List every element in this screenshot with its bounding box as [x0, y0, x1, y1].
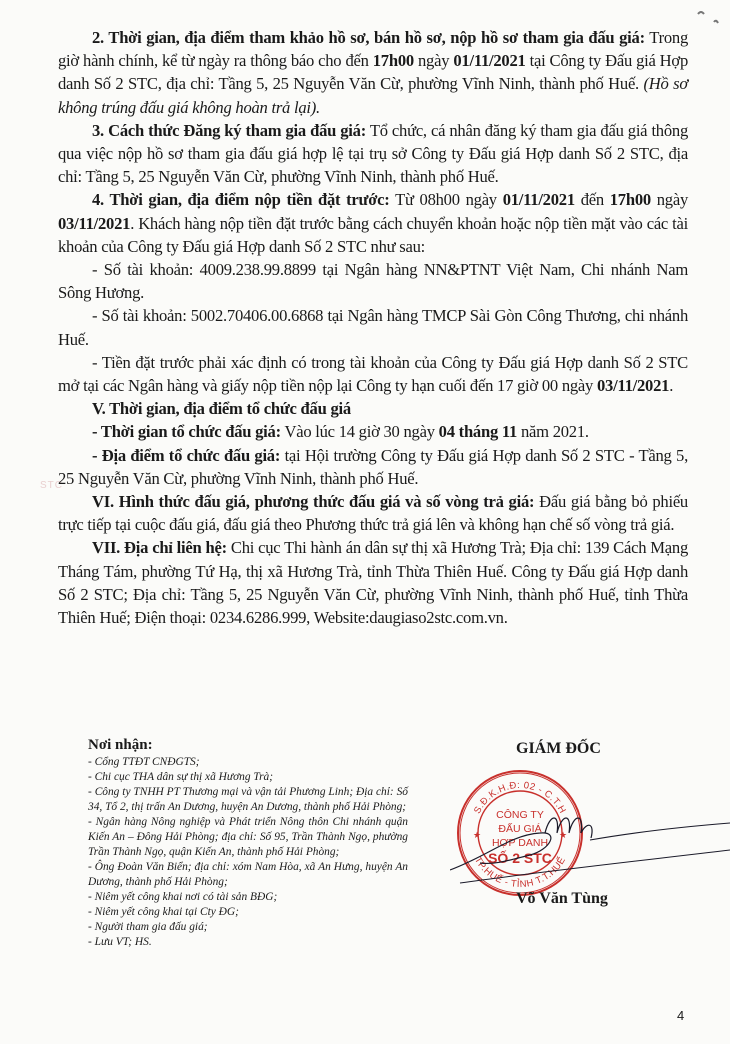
- text-run: ngày: [414, 51, 453, 70]
- text-run: 01/11/2021: [453, 51, 525, 70]
- recipient-item: - Công ty TNHH PT Thương mại và vận tải …: [88, 785, 408, 815]
- text-run: - Địa điểm tổ chức đấu giá:: [92, 446, 280, 465]
- text-run: - Tiền đặt trước phải xác định có trong …: [58, 353, 688, 395]
- recipient-item: - Lưu VT; HS.: [88, 935, 408, 950]
- text-run: 17h00: [610, 190, 651, 209]
- document-body: 2. Thời gian, địa điểm tham khảo hồ sơ, …: [58, 26, 688, 629]
- text-run: - Số tài khoản: 5002.70406.00.6868 tại N…: [58, 306, 688, 348]
- position-title: GIÁM ĐỐC: [516, 740, 601, 758]
- paragraph-s3: 3. Cách thức Đăng ký tham gia đấu giá: T…: [58, 119, 688, 189]
- text-run: .: [669, 376, 673, 395]
- recipient-item: - Người tham gia đấu giá;: [88, 920, 408, 935]
- recipient-item: - Niêm yết công khai nơi có tài sản BĐG;: [88, 890, 408, 905]
- recipient-item: - Niêm yết công khai tại Cty ĐG;: [88, 905, 408, 920]
- paragraph-acct2: - Số tài khoản: 5002.70406.00.6868 tại N…: [58, 304, 688, 350]
- text-run: Từ 08h00 ngày: [390, 190, 503, 209]
- paragraph-s4: 4. Thời gian, địa điểm nộp tiền đặt trướ…: [58, 188, 688, 258]
- paragraph-sV-time: - Thời gian tổ chức đấu giá: Vào lúc 14 …: [58, 420, 688, 443]
- text-run: 04 tháng 11: [439, 422, 517, 441]
- paragraph-deposit-note: - Tiền đặt trước phải xác định có trong …: [58, 351, 688, 397]
- corner-mark-icon: [690, 8, 730, 38]
- recipients-block: Nơi nhận: - Cổng TTĐT CNĐGTS;- Chi cục T…: [88, 736, 408, 950]
- text-run: - Thời gian tổ chức đấu giá:: [92, 422, 281, 441]
- recipient-item: - Chi cục THA dân sự thị xã Hương Trà;: [88, 770, 408, 785]
- text-run: 2. Thời gian, địa điểm tham khảo hồ sơ, …: [92, 28, 645, 47]
- recipient-item: - Cổng TTĐT CNĐGTS;: [88, 755, 408, 770]
- text-run: VII. Địa chỉ liên hệ:: [92, 538, 227, 557]
- text-run: 03/11/2021: [58, 214, 130, 233]
- paragraph-sVI: VI. Hình thức đấu giá, phương thức đấu g…: [58, 490, 688, 536]
- text-run: 03/11/2021: [597, 376, 669, 395]
- text-run: năm 2021.: [517, 422, 589, 441]
- paragraph-sV-place: - Địa điểm tổ chức đấu giá: tại Hội trườ…: [58, 444, 688, 490]
- recipient-item: - Ngân hàng Nông nghiệp và Phát triển Nô…: [88, 815, 408, 860]
- page-number: 4: [677, 1008, 684, 1023]
- paragraph-sVII: VII. Địa chỉ liên hệ: Chi cục Thi hành á…: [58, 536, 688, 629]
- recipients-list: - Cổng TTĐT CNĐGTS;- Chi cục THA dân sự …: [88, 755, 408, 950]
- recipients-title: Nơi nhận:: [88, 736, 408, 754]
- text-run: VI. Hình thức đấu giá, phương thức đấu g…: [92, 492, 534, 511]
- text-run: V. Thời gian, địa điểm tổ chức đấu giá: [92, 399, 351, 418]
- text-run: . Khách hàng nộp tiền đặt trước bằng các…: [58, 214, 688, 256]
- text-run: đến: [575, 190, 610, 209]
- text-run: Vào lúc 14 giờ 30 ngày: [281, 422, 439, 441]
- text-run: 17h00: [373, 51, 414, 70]
- paragraph-acct1: - Số tài khoản: 4009.238.99.8899 tại Ngâ…: [58, 258, 688, 304]
- text-run: ngày: [651, 190, 688, 209]
- text-run: 01/11/2021: [503, 190, 575, 209]
- text-run: - Số tài khoản: 4009.238.99.8899 tại Ngâ…: [58, 260, 688, 302]
- signer-name: Võ Văn Tùng: [516, 890, 608, 908]
- document-page: STC 2. Thời gian, địa điểm tham khảo hồ …: [0, 0, 730, 1044]
- text-run: 4. Thời gian, địa điểm nộp tiền đặt trướ…: [92, 190, 390, 209]
- handwritten-signature-icon: [450, 795, 730, 885]
- recipient-item: - Ông Đoàn Văn Biển; địa chỉ: xóm Nam Hò…: [88, 860, 408, 890]
- text-run: 3. Cách thức Đăng ký tham gia đấu giá:: [92, 121, 366, 140]
- paragraph-s2: 2. Thời gian, địa điểm tham khảo hồ sơ, …: [58, 26, 688, 119]
- paragraph-sV: V. Thời gian, địa điểm tổ chức đấu giá: [58, 397, 688, 420]
